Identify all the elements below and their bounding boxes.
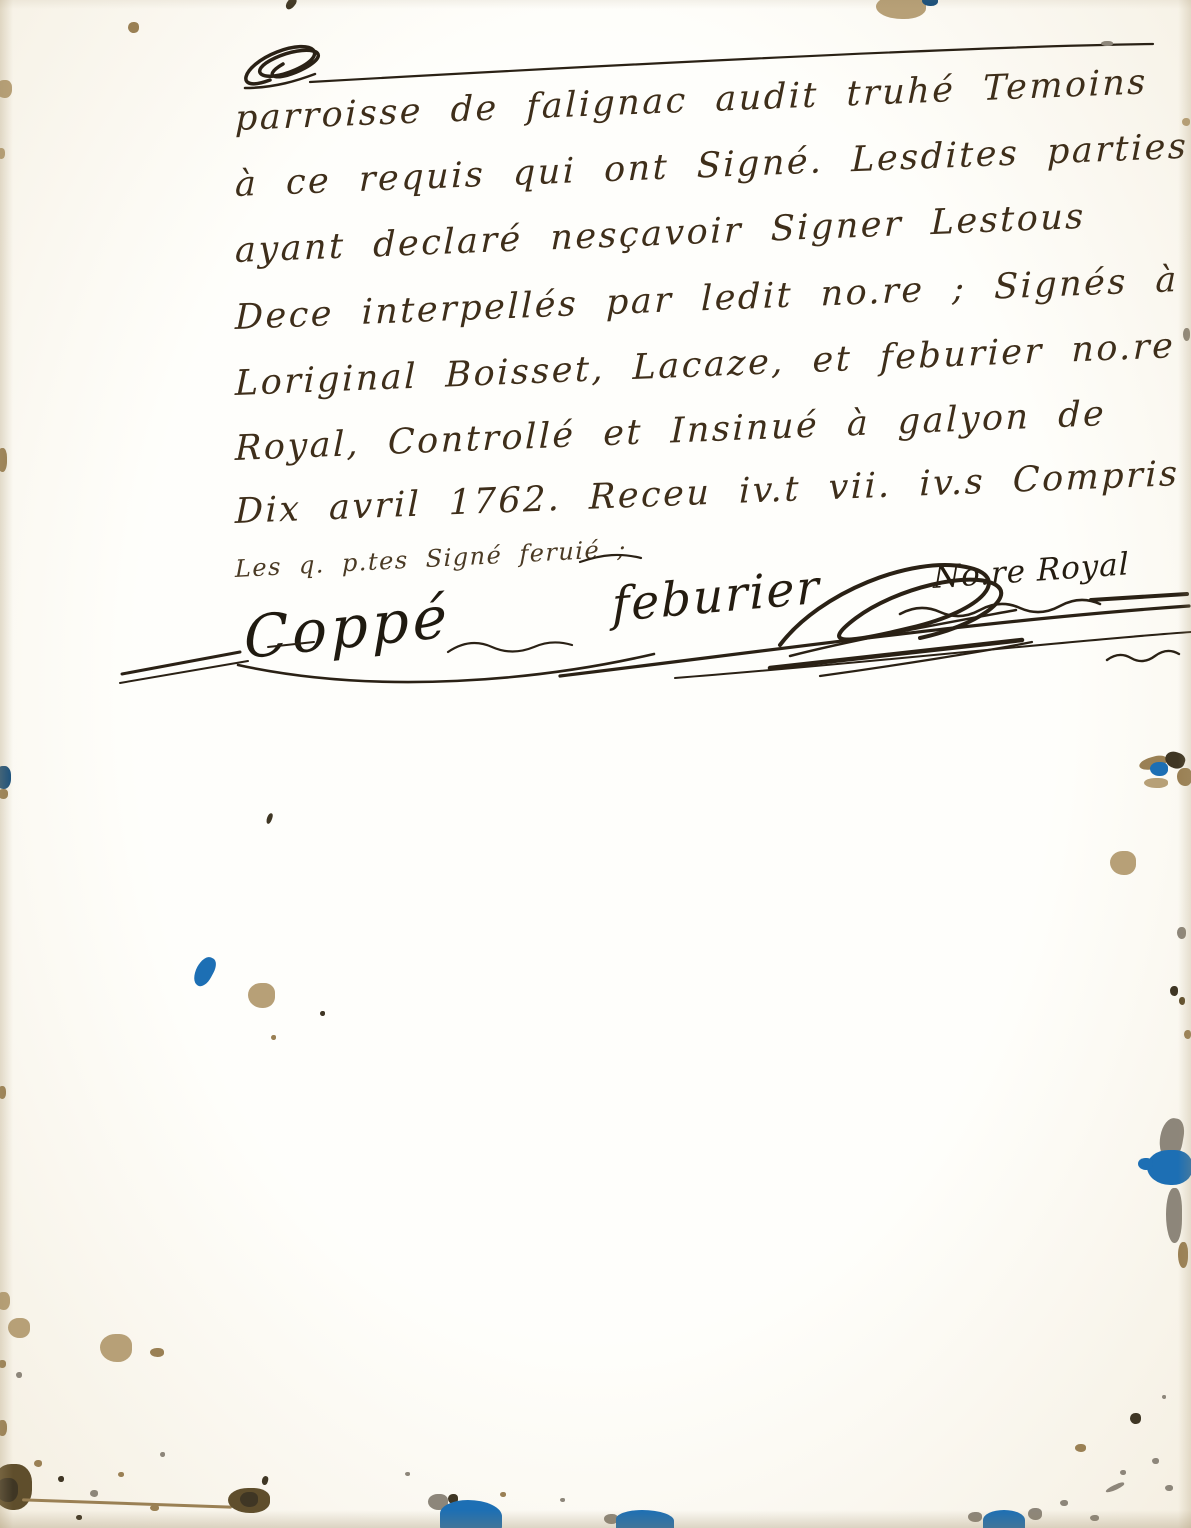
stain (1182, 118, 1190, 126)
stain (1110, 851, 1136, 875)
stain (90, 1490, 98, 1497)
stain (1147, 1150, 1191, 1185)
stain (0, 789, 8, 799)
stain (1177, 768, 1191, 786)
right-edge-squiggle (1105, 642, 1190, 668)
stain (1130, 1413, 1141, 1424)
stain (0, 1478, 18, 1502)
stain (261, 1475, 269, 1485)
stain (271, 1035, 276, 1040)
manuscript-line-2: à ce requis qui ont Signé. Lesdites part… (235, 129, 1165, 205)
stain (16, 1372, 22, 1378)
stain (248, 983, 275, 1008)
stain (190, 954, 220, 989)
top-edge-ink-mark (284, 0, 298, 11)
stain (265, 812, 273, 824)
manuscript-line-3: ayant declaré nesçavoir Signer Lestous (235, 195, 1165, 271)
stain (0, 766, 11, 789)
manuscript-line-5: Loriginal Boisset, Lacaze, et feburier n… (235, 328, 1165, 404)
stain (440, 1500, 502, 1528)
stain (0, 1086, 6, 1099)
manuscript-line-4: Dece interpellés par ledit no.re ; Signé… (235, 262, 1165, 338)
stain (1162, 1395, 1166, 1399)
stain (118, 1472, 124, 1477)
stain (0, 1420, 7, 1436)
stain (876, 0, 926, 19)
stain (1183, 328, 1190, 341)
stain (34, 1460, 42, 1467)
stain (0, 1360, 6, 1368)
stain (0, 148, 5, 159)
stain (405, 1472, 410, 1476)
stain (983, 1510, 1025, 1528)
stain (1170, 986, 1178, 996)
stain (240, 1492, 258, 1507)
stain (0, 448, 7, 472)
manuscript-line-7: Dix avril 1762. Receu iv.t vii. iv.s Com… (235, 456, 1165, 532)
stain (100, 1334, 132, 1362)
stain (8, 1318, 30, 1338)
stain (968, 1512, 982, 1522)
stain (1138, 1158, 1153, 1170)
stain (1060, 1500, 1068, 1506)
stain (1101, 41, 1113, 46)
stain (320, 1011, 325, 1016)
stain (1105, 1481, 1125, 1494)
stain (160, 1452, 165, 1457)
stain (616, 1510, 674, 1528)
stain (1166, 1188, 1182, 1243)
stain (76, 1515, 82, 1520)
stain (1150, 762, 1168, 776)
stain (1120, 1470, 1126, 1475)
manuscript-line-6: Royal, Controllé et Insinué à galyon de (235, 393, 1165, 469)
stain (1178, 1242, 1188, 1268)
stain (1184, 1030, 1191, 1039)
stain (1179, 997, 1185, 1005)
stain (22, 1498, 232, 1508)
stain (1144, 778, 1168, 788)
stain (1028, 1508, 1042, 1520)
stain (0, 1292, 10, 1310)
stain (1090, 1515, 1099, 1521)
stain (1152, 1458, 1159, 1464)
notary-title-underline (895, 592, 1191, 637)
stain (150, 1348, 164, 1357)
stain (1177, 927, 1186, 939)
stain (58, 1476, 64, 1482)
stain (560, 1498, 565, 1502)
stain (1165, 1485, 1173, 1491)
stain (500, 1492, 506, 1497)
stain (128, 22, 139, 33)
manuscript-page: parroisse de falignac audit truhé Temoin… (0, 0, 1191, 1528)
coppe-flourish (118, 602, 663, 710)
stain (0, 80, 12, 98)
stain (1075, 1444, 1086, 1452)
